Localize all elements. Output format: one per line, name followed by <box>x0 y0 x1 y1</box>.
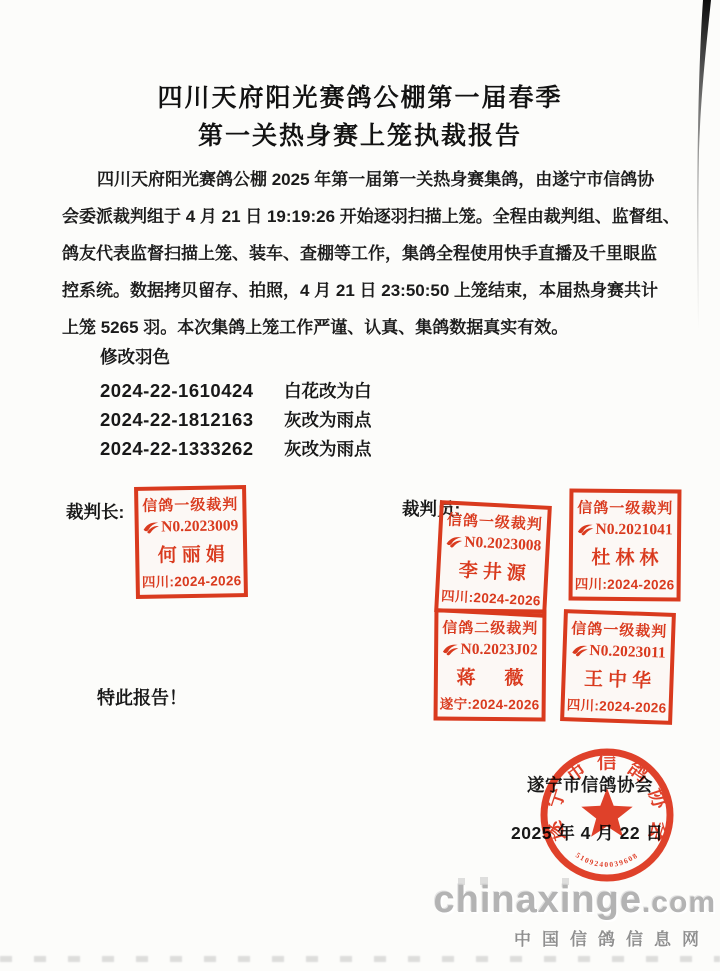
color-change: 白花改为白 <box>262 377 372 405</box>
referee-stamp-du-linlin: 信鸽一级裁判 N0.2021041 杜林林 四川:2024-2026 <box>569 489 682 602</box>
scan-smudge <box>458 878 465 885</box>
watermark-site-name: 中国信鸽信息网 <box>433 925 716 950</box>
stamp-number: N0.2023008 <box>464 534 542 556</box>
correction-row: 2024-22-1812163 灰改为雨点 <box>100 406 372 434</box>
stamp-region: 四川:2024-2026 <box>567 694 667 717</box>
ring-number: 2024-22-1333262 <box>100 435 262 463</box>
scan-smudge <box>480 877 488 885</box>
stamp-number-row: N0.2023J02 <box>443 641 538 660</box>
ring-number: 2024-22-1812163 <box>100 406 262 434</box>
stamp-number-row: N0.2023009 <box>143 517 238 537</box>
stamp-title: 信鸽一级裁判 <box>142 493 238 516</box>
referee-stamp-li-jingyuan: 信鸽一级裁判 N0.2023008 李井源 四川:2024-2026 <box>434 500 552 618</box>
scan-bottom-artifacts <box>0 956 720 962</box>
referee-stamp-wang-zhonghua: 信鸽一级裁判 N0.2023011 王中华 四川:2024-2026 <box>560 609 676 725</box>
report-title-line2: 第一关热身赛上笼执裁报告 <box>0 116 720 152</box>
stamp-region: 四川:2024-2026 <box>142 570 242 592</box>
stamp-title: 信鸽一级裁判 <box>577 496 673 518</box>
body-line: 上笼 5265 羽。本次集鸽上笼工作严谨、认真、集鸽数据真实有效。 <box>62 309 666 346</box>
referee-name: 王中华 <box>579 663 657 693</box>
stamp-number: N0.2023009 <box>161 517 238 536</box>
stamp-title: 信鸽二级裁判 <box>442 616 538 638</box>
scan-smudge <box>562 878 569 885</box>
stamp-region: 遂宁:2024-2026 <box>440 693 540 714</box>
watermark-domain: chinaxinge.com <box>433 880 716 923</box>
scan-edge-artifact <box>686 0 716 340</box>
official-seal: 遂宁市信鸽协会 5109240039608 <box>532 738 682 888</box>
chief-referee-label: 裁判长: <box>66 499 124 524</box>
pigeon-logo-icon <box>446 535 464 550</box>
referee-stamp-jiang-wei: 信鸽二级裁判 N0.2023J02 蒋 薇 遂宁:2024-2026 <box>434 609 547 722</box>
stamp-number: N0.2021041 <box>596 521 673 540</box>
watermark-domain-tld: .com <box>642 886 716 919</box>
referee-name: 何丽娟 <box>152 539 229 567</box>
pigeon-logo-icon <box>443 643 460 657</box>
stamp-number-row: N0.2021041 <box>578 521 673 540</box>
stamp-number: N0.2023011 <box>589 642 666 663</box>
correction-row: 2024-22-1333262 灰改为雨点 <box>100 435 372 463</box>
stamp-region: 四川:2024-2026 <box>575 573 675 594</box>
body-line: 控系统。数据拷贝留存、拍照，4 月 21 日 23:50:50 上笼结束，本届热… <box>62 272 666 309</box>
stamp-number-row: N0.2023008 <box>446 533 542 556</box>
document-page: 四川天府阳光赛鸽公棚第一届春季 第一关热身赛上笼执裁报告 四川天府阳光赛鸽公棚 … <box>0 0 720 971</box>
seal-star-icon <box>581 788 632 837</box>
body-line: 四川天府阳光赛鸽公棚 2025 年第一届第一关热身赛集鸽，由遂宁市信鸽协 <box>62 161 666 198</box>
stamp-title: 信鸽一级裁判 <box>571 617 668 641</box>
stamp-region: 四川:2024-2026 <box>441 585 542 610</box>
body-line: 鸽友代表监督扫描上笼、装车、查棚等工作，集鸽全程使用快手直播及千里眼监 <box>62 235 666 272</box>
referee-name: 杜林林 <box>586 542 663 570</box>
site-watermark: chinaxinge.com 中国信鸽信息网 <box>433 880 716 950</box>
correction-row: 2024-22-1610424 白花改为白 <box>100 377 372 405</box>
pigeon-logo-icon <box>143 521 160 535</box>
ring-number: 2024-22-1610424 <box>100 377 262 405</box>
stamp-number-row: N0.2023011 <box>571 642 666 663</box>
pigeon-logo-icon <box>571 644 588 659</box>
body-line: 会委派裁判组于 4 月 21 日 19:19:26 开始逐羽扫描上笼。全程由裁判… <box>62 198 666 235</box>
referee-name: 李井源 <box>453 555 531 586</box>
stamp-number: N0.2023J02 <box>461 641 538 660</box>
color-change: 灰改为雨点 <box>262 435 372 463</box>
watermark-domain-main: chinaxinge <box>433 879 642 921</box>
report-body: 四川天府阳光赛鸽公棚 2025 年第一届第一关热身赛集鸽，由遂宁市信鸽协 会委派… <box>62 161 666 346</box>
referee-name: 蒋 薇 <box>451 662 528 690</box>
stamp-title: 信鸽一级裁判 <box>446 508 543 534</box>
pigeon-logo-icon <box>578 523 595 537</box>
closing-statement: 特此报告！ <box>97 684 187 710</box>
color-change: 灰改为雨点 <box>262 406 372 434</box>
seal-code-text: 5109240039608 <box>574 851 640 870</box>
corrections-section: 修改羽色 2024-22-1610424 白花改为白 2024-22-18121… <box>100 344 372 463</box>
corrections-heading: 修改羽色 <box>100 344 372 370</box>
report-title-line1: 四川天府阳光赛鸽公棚第一届春季 <box>0 78 720 114</box>
referee-stamp-he-lijuan: 信鸽一级裁判 N0.2023009 何丽娟 四川:2024-2026 <box>134 485 248 599</box>
